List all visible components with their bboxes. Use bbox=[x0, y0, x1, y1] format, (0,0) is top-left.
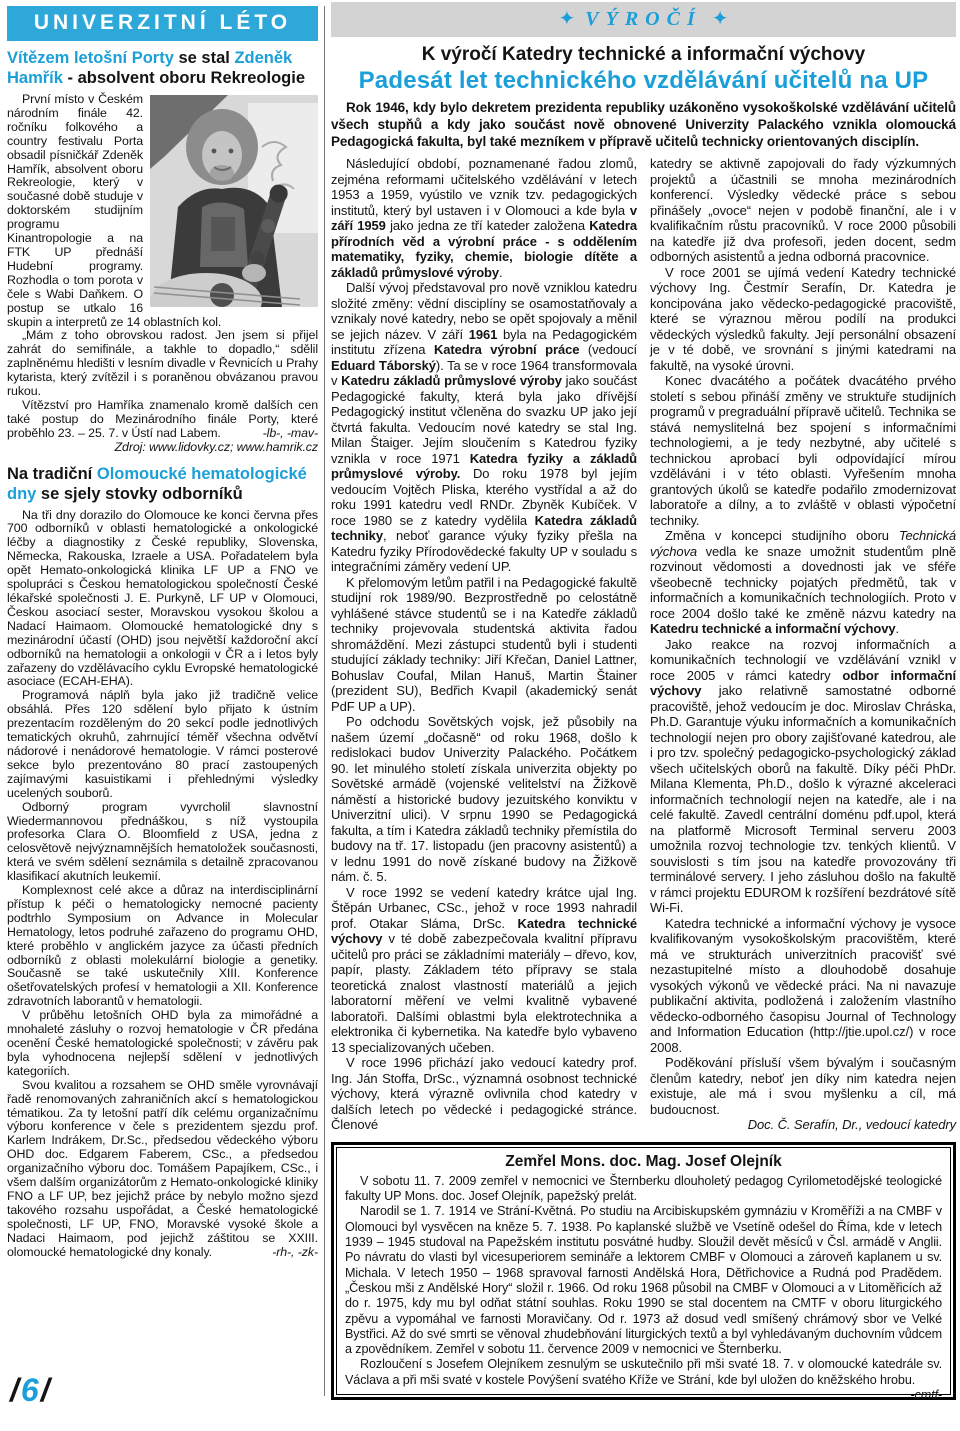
text-run: se stal bbox=[174, 49, 235, 67]
text-run: . bbox=[499, 265, 503, 280]
text-run: Eduard Táborský bbox=[331, 358, 436, 373]
paragraph: V průběhu letošních OHD byla za mimořádn… bbox=[7, 1009, 318, 1079]
paragraph: Komplexnost celé akce a důraz na interdi… bbox=[7, 884, 318, 1009]
text-run: v té době zabezpečovala kvalitní příprav… bbox=[331, 931, 637, 1055]
paragraph: Po odchodu Sovětských vojsk, jež působil… bbox=[331, 714, 637, 885]
text-run: - absolvent oboru Rekreologie bbox=[63, 69, 305, 87]
text-run: Katedra technické a informační výchovy j… bbox=[650, 916, 956, 1055]
text-run: -cmtf- bbox=[895, 1388, 942, 1403]
text-run: / bbox=[10, 1372, 21, 1408]
page-number: /6/ bbox=[10, 1372, 52, 1409]
paragraph: V roce 2001 se ujímá vedení Katedry tech… bbox=[650, 265, 956, 374]
paragraph: V sobotu 11. 7. 2009 zemřel v nemocnici … bbox=[345, 1174, 942, 1205]
text-run: jako relativně samostatné odborné pracov… bbox=[650, 683, 956, 915]
text-run: Na tradiční bbox=[7, 465, 97, 483]
paragraph: Doc. Č. Serafín, Dr., vedoucí katedry bbox=[650, 1117, 956, 1133]
text-run: Doc. Č. Serafín, Dr., vedoucí katedry bbox=[748, 1117, 956, 1132]
obituary-box-inner: Zemřel Mons. doc. Mag. Josef Olejník V s… bbox=[336, 1147, 951, 1395]
text-run: Katedru základů průmyslové výroby bbox=[341, 373, 562, 388]
text-run: V roce 1996 přichází jako vedoucí katedr… bbox=[331, 1055, 637, 1132]
paragraph: Jako reakce na rozvoj informačních a kom… bbox=[650, 637, 956, 916]
text-run: V roce 2001 se ujímá vedení Katedry tech… bbox=[650, 265, 956, 373]
article-column-1: Následující období, poznamenané řadou zl… bbox=[331, 156, 637, 1133]
section-banner-univerzitni-leto: UNIVERZITNÍ LÉTO bbox=[7, 6, 318, 41]
paragraph: V roce 1992 se vedení katedry krátce uja… bbox=[331, 885, 637, 1056]
paragraph: Svou kvalitou a rozsahem se OHD směle vy… bbox=[7, 1079, 318, 1260]
article-lead: Rok 1946, kdy bylo dekretem prezidenta r… bbox=[331, 100, 956, 150]
paragraph: Poděkování přísluší všem bývalým i souča… bbox=[650, 1055, 956, 1117]
text-run: . bbox=[895, 621, 899, 636]
article2-headline: Na tradiční Olomoucké hematologické dny … bbox=[7, 464, 318, 504]
paragraph: Programová náplň byla jako již tradičně … bbox=[7, 689, 318, 800]
obituary-title: Zemřel Mons. doc. Mag. Josef Olejník bbox=[345, 1153, 942, 1171]
text-run: Narodil se 1. 7. 1914 ve Strání-Květná. … bbox=[345, 1204, 942, 1356]
column-divider-rule bbox=[324, 6, 325, 1396]
text-run: Odborný program vyvrcholil slavnostní Wi… bbox=[7, 800, 318, 884]
text-run: 6 bbox=[21, 1372, 41, 1408]
paragraph: Katedra technické a informační výchovy j… bbox=[650, 916, 956, 1056]
paragraph: Rozloučení s Josefem Olejníkem zesnulým … bbox=[345, 1357, 942, 1388]
text-run: Následující období, poznamenané řadou zl… bbox=[331, 156, 637, 218]
text-run: Programová náplň byla jako již tradičně … bbox=[7, 688, 318, 799]
paragraph: V roce 1996 přichází jako vedoucí katedr… bbox=[331, 1055, 637, 1133]
banner-title: VÝROČÍ bbox=[585, 8, 701, 30]
section-banner-vyroci: ✦VÝROČÍ✦ bbox=[331, 2, 956, 37]
paragraph: „Mám z toho obrovskou radost. Jen jsem s… bbox=[7, 329, 318, 399]
paragraph: Narodil se 1. 7. 1914 ve Strání-Květná. … bbox=[345, 1204, 942, 1357]
article-column-2: katedry se aktivně zapojovali do řady vý… bbox=[650, 156, 956, 1133]
text-run: Rozloučení s Josefem Olejníkem zesnulým … bbox=[345, 1357, 942, 1386]
article-main-headline: Padesát let technického vzdělávání učite… bbox=[331, 67, 956, 95]
text-run: / bbox=[41, 1372, 52, 1408]
paragraph: Vítězství pro Hamříka znamenalo kromě da… bbox=[7, 399, 318, 441]
right-column: ✦VÝROČÍ✦ K výročí Katedry technické a in… bbox=[331, 2, 956, 1403]
paragraph: Na tři dny dorazilo do Olomouce ke konci… bbox=[7, 509, 318, 690]
text-run: Vítězem letošní Porty bbox=[7, 49, 174, 67]
text-run: Zdroj: www.lidovky.cz; www.hamrik.cz bbox=[115, 440, 318, 454]
diamond-icon: ✦ bbox=[559, 6, 576, 30]
left-column: UNIVERZITNÍ LÉTO Vítězem letošní Porty s… bbox=[7, 6, 318, 1260]
text-run: Konec dvacátého a počátek dvacátého prvé… bbox=[650, 373, 956, 528]
text-run: Katedra výrobní práce bbox=[434, 342, 579, 357]
paragraph: Zdroj: www.lidovky.cz; www.hamrik.cz bbox=[7, 441, 318, 455]
paragraph: Následující období, poznamenané řadou zl… bbox=[331, 156, 637, 280]
text-run: Změna v koncepci studijního oboru bbox=[665, 528, 899, 543]
text-run: Na tři dny dorazilo do Olomouce ke konci… bbox=[7, 508, 318, 689]
paragraph: Konec dvacátého a počátek dvacátého prvé… bbox=[650, 373, 956, 528]
article-kicker: K výročí Katedry technické a informační … bbox=[331, 44, 956, 66]
text-run: „Mám z toho obrovskou radost. Jen jsem s… bbox=[7, 328, 318, 398]
paragraph: Další vývoj představoval pro nově vznikl… bbox=[331, 280, 637, 575]
paragraph: K přelomovým letům patřil i na Pedagogic… bbox=[331, 575, 637, 715]
text-run: Svou kvalitou a rozsahem se OHD směle vy… bbox=[7, 1078, 318, 1259]
article1-headline: Vítězem letošní Porty se stal Zdeněk Ham… bbox=[7, 48, 318, 88]
paragraph: katedry se aktivně zapojovali do řady vý… bbox=[650, 156, 956, 265]
paragraph: Změna v koncepci studijního oboru Techni… bbox=[650, 528, 956, 637]
text-run: Komplexnost celé akce a důraz na interdi… bbox=[7, 883, 318, 1008]
obituary-box: Zemřel Mons. doc. Mag. Josef Olejník V s… bbox=[331, 1142, 956, 1400]
article1-body: První místo v Českém národním finále 42.… bbox=[7, 93, 318, 455]
article1-photo bbox=[150, 95, 318, 307]
photo-illustration bbox=[150, 95, 318, 307]
paragraph: Odborný program vyvrcholil slavnostní Wi… bbox=[7, 801, 318, 884]
article2-body: Na tři dny dorazilo do Olomouce ke konci… bbox=[7, 509, 318, 1260]
text-run: V sobotu 11. 7. 2009 zemřel v nemocnici … bbox=[345, 1174, 942, 1203]
article-columns: Následující období, poznamenané řadou zl… bbox=[331, 156, 956, 1133]
diamond-icon: ✦ bbox=[712, 6, 729, 30]
text-run: Poděkování přísluší všem bývalým i souča… bbox=[650, 1055, 956, 1117]
text-run: se sjely stovky odborníků bbox=[36, 485, 242, 503]
text-run: V průběhu letošních OHD byla za mimořádn… bbox=[7, 1008, 318, 1078]
text-run: (vedoucí bbox=[579, 342, 637, 357]
text-run: 1961 bbox=[469, 327, 498, 342]
text-run: jako jedna ze tří kateder založena bbox=[386, 218, 589, 233]
text-run: K přelomovým letům patřil i na Pedagogic… bbox=[331, 575, 637, 714]
obituary-body: V sobotu 11. 7. 2009 zemřel v nemocnici … bbox=[345, 1174, 942, 1388]
text-run: Po odchodu Sovětských vojsk, jež působil… bbox=[331, 714, 637, 884]
text-run: katedry se aktivně zapojovali do řady vý… bbox=[650, 156, 956, 264]
text-run: -lb-, -mav- bbox=[248, 427, 318, 441]
text-run: -rh-, -zk- bbox=[257, 1246, 318, 1260]
text-run: Katedru technické a informační výchovy bbox=[650, 621, 895, 636]
